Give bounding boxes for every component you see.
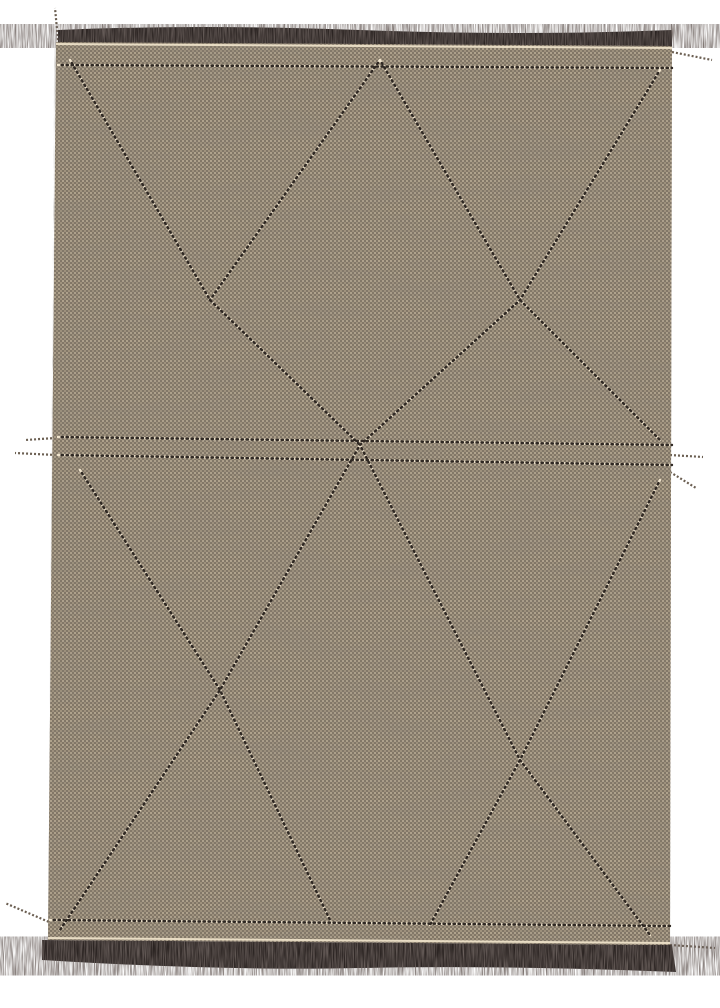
rug-illustration xyxy=(0,0,720,1008)
bottom-fringe xyxy=(42,940,676,972)
rug-photo xyxy=(0,0,720,1008)
